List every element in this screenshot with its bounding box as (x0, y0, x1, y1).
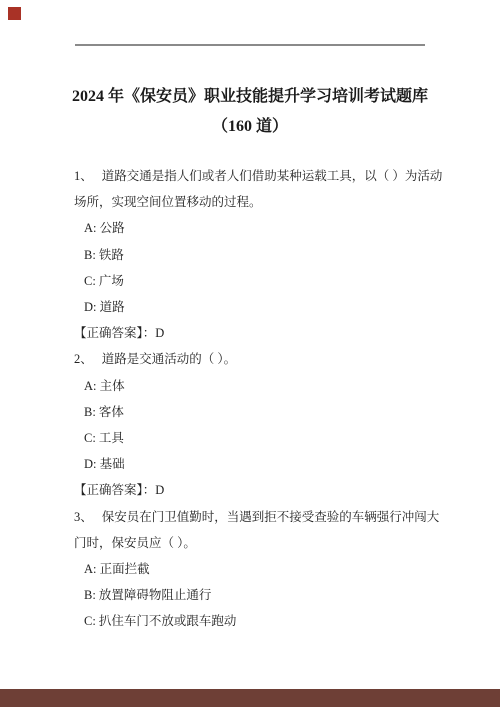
option-line: D: 道路 (74, 294, 456, 320)
question-text: 3、保安员在门卫值勤时，当遇到拒不接受查验的车辆强行冲闯大 门时，保安员应（ ）… (74, 504, 456, 556)
footer-bar (0, 689, 500, 707)
question-block: 2、道路是交通活动的（ ）。A: 主体B: 客体C: 工具D: 基础【正确答案】… (74, 346, 456, 503)
question-number: 1、 (74, 169, 93, 183)
question-block: 3、保安员在门卫值勤时，当遇到拒不接受查验的车辆强行冲闯大 门时，保安员应（ ）… (74, 504, 456, 635)
question-block: 1、道路交通是指人们或者人们借助某种运载工具，以（ ）为活动 场所，实现空间位置… (74, 163, 456, 346)
option-line: D: 基础 (74, 451, 456, 477)
question-text: 1、道路交通是指人们或者人们借助某种运载工具，以（ ）为活动 场所，实现空间位置… (74, 163, 456, 215)
option-line: A: 公路 (74, 215, 456, 241)
question-number: 2、 (74, 352, 93, 366)
question-body: 道路是交通活动的（ ）。 (102, 352, 236, 366)
option-line: A: 主体 (74, 373, 456, 399)
document-title-line2: （160 道） (0, 112, 500, 142)
option-line: C: 工具 (74, 425, 456, 451)
document-title: 2024 年《保安员》职业技能提升学习培训考试题库 （160 道） (0, 82, 500, 142)
question-list: 1、道路交通是指人们或者人们借助某种运载工具，以（ ）为活动 场所，实现空间位置… (74, 163, 456, 635)
question-text: 2、道路是交通活动的（ ）。 (74, 346, 456, 372)
option-line: B: 客体 (74, 399, 456, 425)
option-line: A: 正面拦截 (74, 556, 456, 582)
question-number: 3、 (74, 510, 93, 524)
option-line: C: 广场 (74, 268, 456, 294)
answer-line: 【正确答案】：D (74, 320, 456, 346)
question-body: 保安员在门卫值勤时，当遇到拒不接受查验的车辆强行冲闯大 门时，保安员应（ ）。 (74, 510, 439, 550)
option-line: B: 放置障碍物阻止通行 (74, 582, 456, 608)
option-line: B: 铁路 (74, 242, 456, 268)
header-divider (75, 44, 425, 46)
document-title-line1: 2024 年《保安员》职业技能提升学习培训考试题库 (0, 82, 500, 112)
option-line: C: 扒住车门不放或跟车跑动 (74, 608, 456, 634)
site-logo-square (8, 7, 21, 20)
question-body: 道路交通是指人们或者人们借助某种运载工具，以（ ）为活动 场所，实现空间位置移动… (74, 169, 442, 209)
answer-line: 【正确答案】：D (74, 477, 456, 503)
